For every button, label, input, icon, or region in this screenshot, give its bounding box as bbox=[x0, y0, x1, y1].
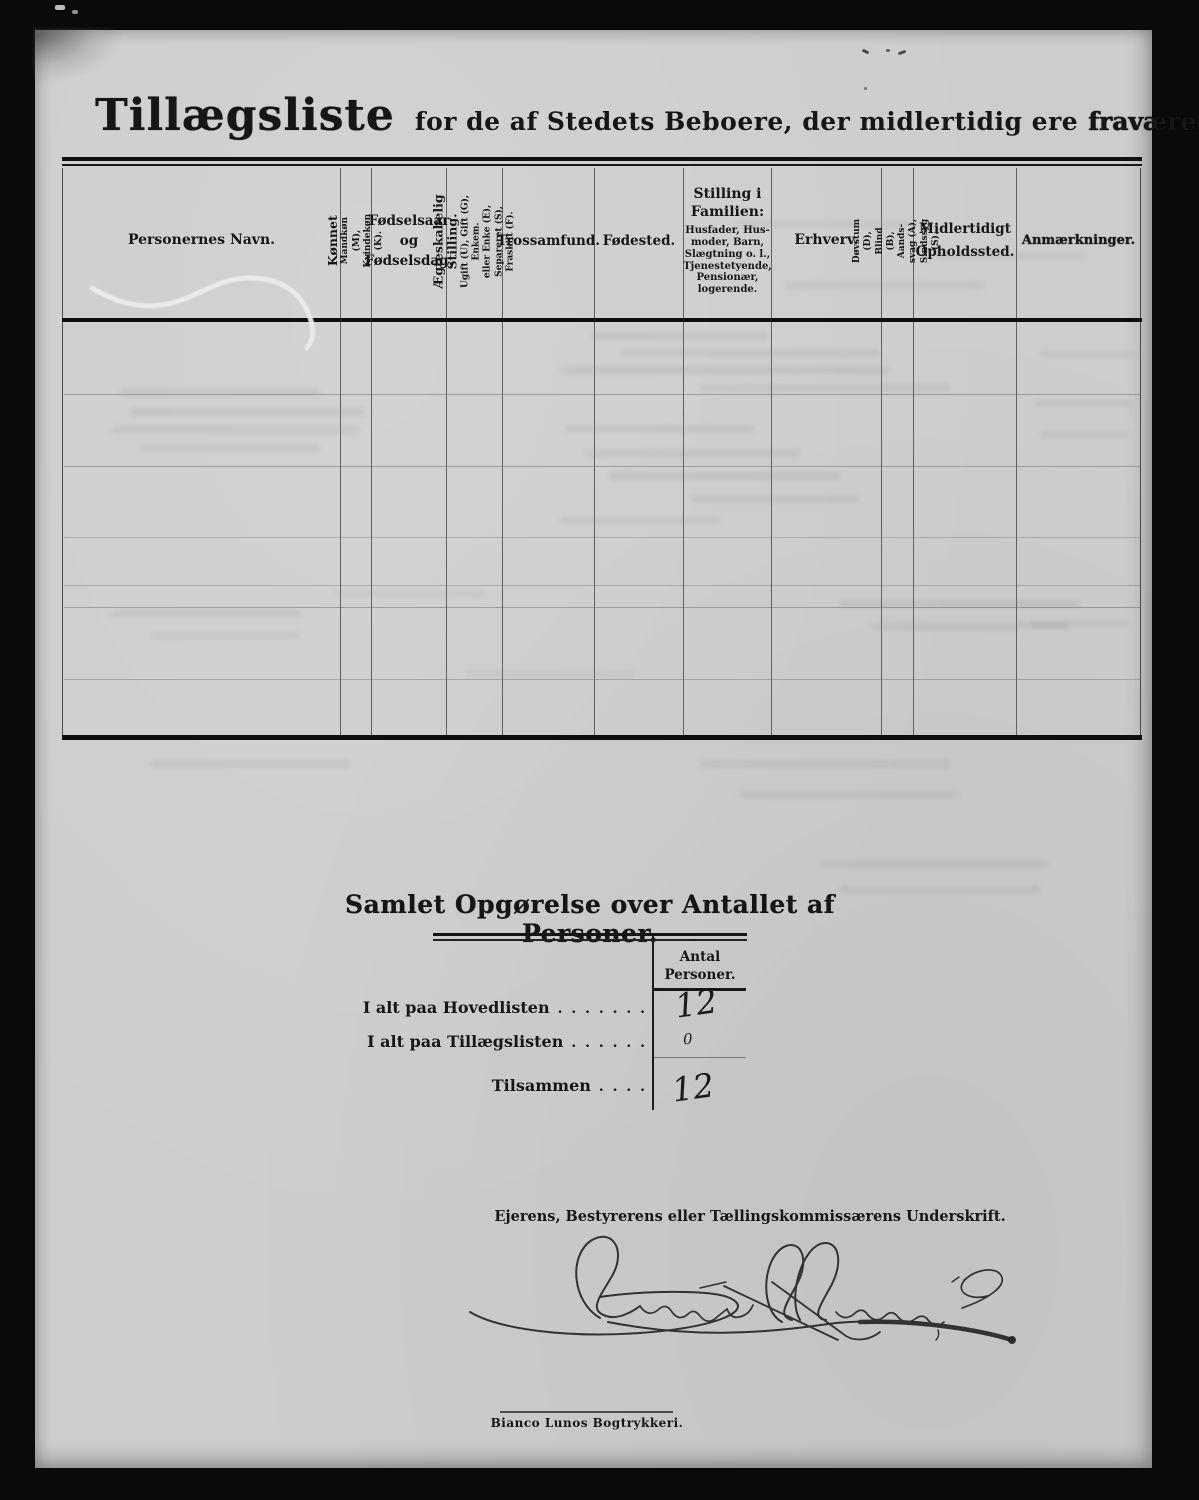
bleedthrough-smudge bbox=[120, 388, 320, 396]
header-foedested: Fødested. bbox=[595, 166, 683, 316]
scan-speck bbox=[72, 10, 78, 14]
bleedthrough-smudge bbox=[840, 600, 1080, 608]
bleedthrough-smudge bbox=[130, 408, 365, 416]
bleedthrough-smudge bbox=[1035, 400, 1135, 407]
title-emphasis: fraværende. bbox=[1088, 107, 1199, 136]
bleedthrough-smudge bbox=[700, 760, 950, 768]
summary-col-header: Antal Personer. bbox=[654, 948, 746, 984]
header-label: Pensionær, bbox=[696, 272, 758, 284]
summary-row: I alt paa Hovedlisten . . . . . . . bbox=[395, 998, 647, 1017]
printer-credit: Bianco Lunos Bogtrykkeri. bbox=[487, 1416, 687, 1430]
summary-col-header-line: Personer. bbox=[654, 966, 746, 984]
row-line bbox=[64, 537, 1140, 538]
bleedthrough-smudge bbox=[785, 282, 985, 290]
bleedthrough-smudge bbox=[740, 790, 960, 798]
header-label: Tjenestetyende, bbox=[683, 261, 772, 273]
row-line bbox=[64, 466, 1140, 467]
bleedthrough-smudge bbox=[620, 349, 880, 357]
header-trossamfund: Trossamfund. bbox=[503, 166, 594, 316]
summary-row-label: I alt paa Tillægslisten bbox=[367, 1032, 563, 1051]
header-doevstum: Døvstum (D), Blind (B), Aands- svag (A),… bbox=[881, 166, 913, 316]
header-midlertidigt-opholdssted: Midlertidigt Opholdssted. bbox=[914, 166, 1016, 316]
bleedthrough-smudge bbox=[840, 885, 1040, 893]
ink-speck bbox=[886, 49, 890, 52]
summary-rule-top-thin bbox=[433, 939, 747, 941]
bleedthrough-smudge bbox=[820, 860, 1050, 868]
header-label: Ugift (U), Gift (G), Enkem. bbox=[460, 194, 483, 288]
scanned-document: Tillægsliste for de af Stedets Beboere, … bbox=[0, 0, 1199, 1500]
header-label: Familien: bbox=[691, 204, 764, 222]
summary-row-dots: . . . . bbox=[599, 1079, 647, 1095]
handwritten-value-hovedlisten: 12 bbox=[672, 981, 719, 1025]
bleedthrough-smudge bbox=[565, 425, 755, 433]
title-subtitle: for de af Stedets Beboere, der midlertid… bbox=[415, 107, 1078, 136]
header-anmaerkninger: Anmærkninger. bbox=[1017, 166, 1140, 316]
header-label: Anmærkninger. bbox=[1022, 233, 1135, 249]
handwritten-value-tilsammen: 12 bbox=[669, 1065, 716, 1109]
bleedthrough-smudge bbox=[335, 590, 485, 597]
bleedthrough-smudge bbox=[935, 252, 1085, 260]
signature bbox=[440, 1225, 1060, 1370]
row-line bbox=[64, 585, 1140, 586]
bleedthrough-smudge bbox=[140, 444, 320, 452]
summary-row-dots: . . . . . . bbox=[571, 1035, 647, 1051]
ink-speck bbox=[862, 49, 870, 55]
bleedthrough-smudge bbox=[1040, 350, 1135, 357]
summary-row-label: Tilsammen bbox=[492, 1076, 591, 1095]
signature-label: Ejerens, Bestyrerens eller Tællingskommi… bbox=[450, 1208, 1050, 1225]
header-label: moder, Barn, bbox=[691, 237, 764, 249]
bleedthrough-smudge bbox=[690, 495, 860, 503]
summary-subtotal-rule bbox=[654, 1057, 746, 1058]
handwritten-value-tillaegslisten: 0 bbox=[682, 1030, 693, 1049]
bleedthrough-smudge bbox=[735, 220, 915, 228]
header-label: logerende. bbox=[698, 284, 758, 296]
header-label: Erhverv. bbox=[794, 232, 858, 250]
scan-speck bbox=[55, 5, 65, 10]
summary-row: I alt paa Tillægslisten . . . . . . bbox=[395, 1032, 647, 1051]
bleedthrough-smudge bbox=[110, 426, 360, 434]
header-label: Slægtning o. l., bbox=[685, 249, 770, 261]
header-label: Fødested. bbox=[603, 233, 675, 250]
paper-sheet: Tillægsliste for de af Stedets Beboere, … bbox=[35, 30, 1152, 1468]
header-label: Stilling i bbox=[693, 186, 761, 204]
header-aegteskabelig: Ægteskabelig Stilling. Ugift (U), Gift (… bbox=[446, 166, 502, 316]
summary-row-dots: . . . . . . . bbox=[558, 1001, 647, 1017]
header-label: Ægteskabelig Stilling. bbox=[432, 194, 461, 288]
header-stilling-i-familien: Stilling i Familien: Husfader, Hus- mode… bbox=[684, 166, 771, 316]
table-border-right bbox=[1140, 168, 1141, 740]
summary-rule-top bbox=[433, 933, 747, 936]
footer-rule bbox=[500, 1411, 673, 1413]
bleedthrough-smudge bbox=[610, 472, 840, 480]
bleedthrough-smudge bbox=[150, 760, 350, 768]
bleedthrough-smudge bbox=[560, 366, 890, 374]
bleedthrough-smudge bbox=[465, 670, 635, 677]
bleedthrough-smudge bbox=[150, 632, 300, 639]
summary-row: Tilsammen . . . . bbox=[395, 1076, 647, 1095]
bleedthrough-smudge bbox=[1040, 430, 1130, 437]
bleedthrough-smudge bbox=[590, 332, 770, 340]
bleedthrough-smudge bbox=[585, 450, 800, 458]
row-line bbox=[64, 679, 1140, 680]
ink-speck bbox=[898, 50, 907, 56]
correction-squiggle bbox=[35, 30, 395, 410]
header-label: Midlertidigt bbox=[919, 218, 1011, 241]
table-bottom-rule bbox=[62, 735, 1142, 740]
header-label: og bbox=[400, 231, 418, 251]
bleedthrough-smudge bbox=[560, 517, 720, 524]
summary-row-label: I alt paa Hovedlisten bbox=[363, 998, 550, 1017]
summary-col-header-line: Antal bbox=[654, 948, 746, 966]
bleedthrough-smudge bbox=[700, 384, 950, 392]
header-label: Trossamfund. bbox=[497, 233, 600, 250]
bleedthrough-smudge bbox=[110, 610, 300, 618]
bleedthrough-smudge bbox=[1030, 620, 1130, 627]
